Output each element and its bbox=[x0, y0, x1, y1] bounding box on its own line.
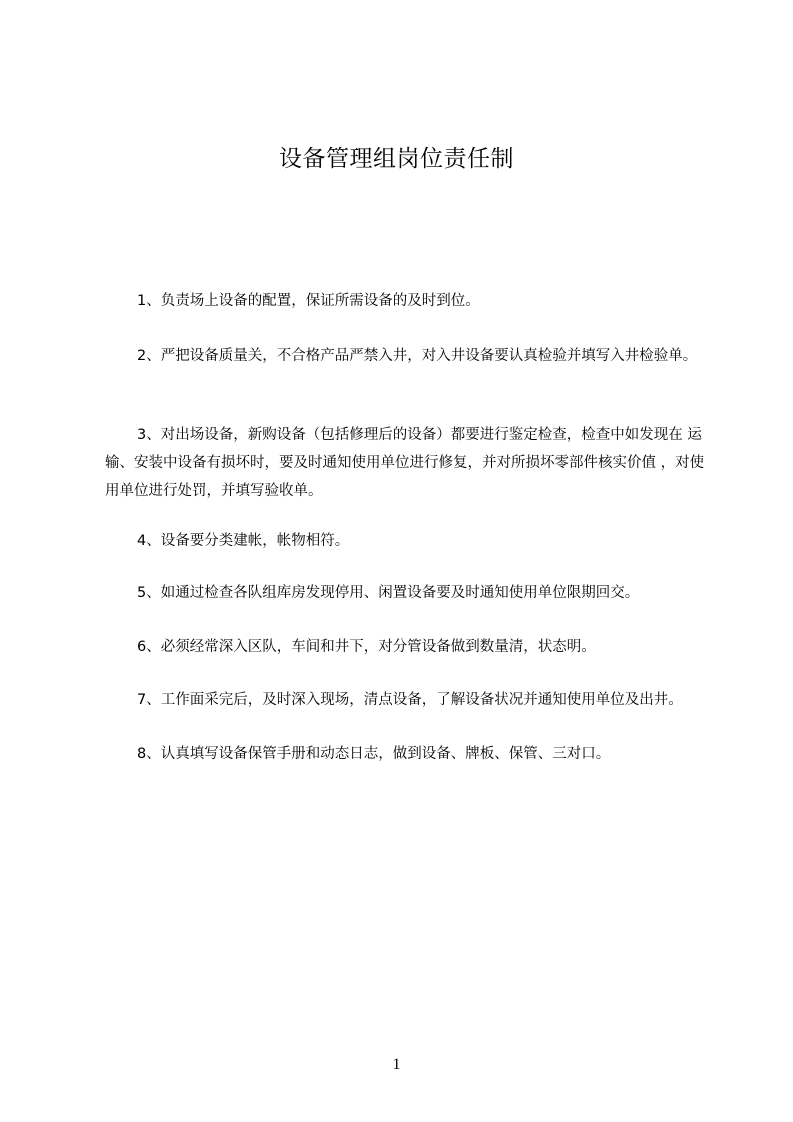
paragraph-6: 6、必须经常深入区队，车间和井下，对分管设备做到数量清，状态明。 bbox=[105, 633, 715, 661]
page-number: 1 bbox=[0, 1056, 793, 1074]
paragraph-5: 5、如通过检查各队组库房发现停用、闲置设备要及时通知使用单位限期回交。 bbox=[105, 579, 715, 607]
paragraph-3: 3、对出场设备，新购设备（包括修理后的设备）都要进行鉴定检查，检查中如发现在 运… bbox=[105, 421, 715, 505]
document-title: 设备管理组岗位责任制 bbox=[0, 140, 793, 173]
paragraph-7: 7、工作面采完后，及时深入现场，清点设备，了解设备状况并通知使用单位及出井。 bbox=[105, 686, 715, 714]
paragraph-4: 4、设备要分类建帐，帐物相符。 bbox=[105, 527, 715, 555]
paragraph-8: 8、认真填写设备保管手册和动态日志，做到设备、牌板、保管、三对口。 bbox=[105, 740, 715, 768]
paragraph-2: 2、严把设备质量关，不合格产品严禁入井，对入井设备要认真检验并填写入井检验单。 bbox=[105, 342, 715, 370]
paragraph-1: 1、负责场上设备的配置，保证所需设备的及时到位。 bbox=[105, 287, 715, 315]
